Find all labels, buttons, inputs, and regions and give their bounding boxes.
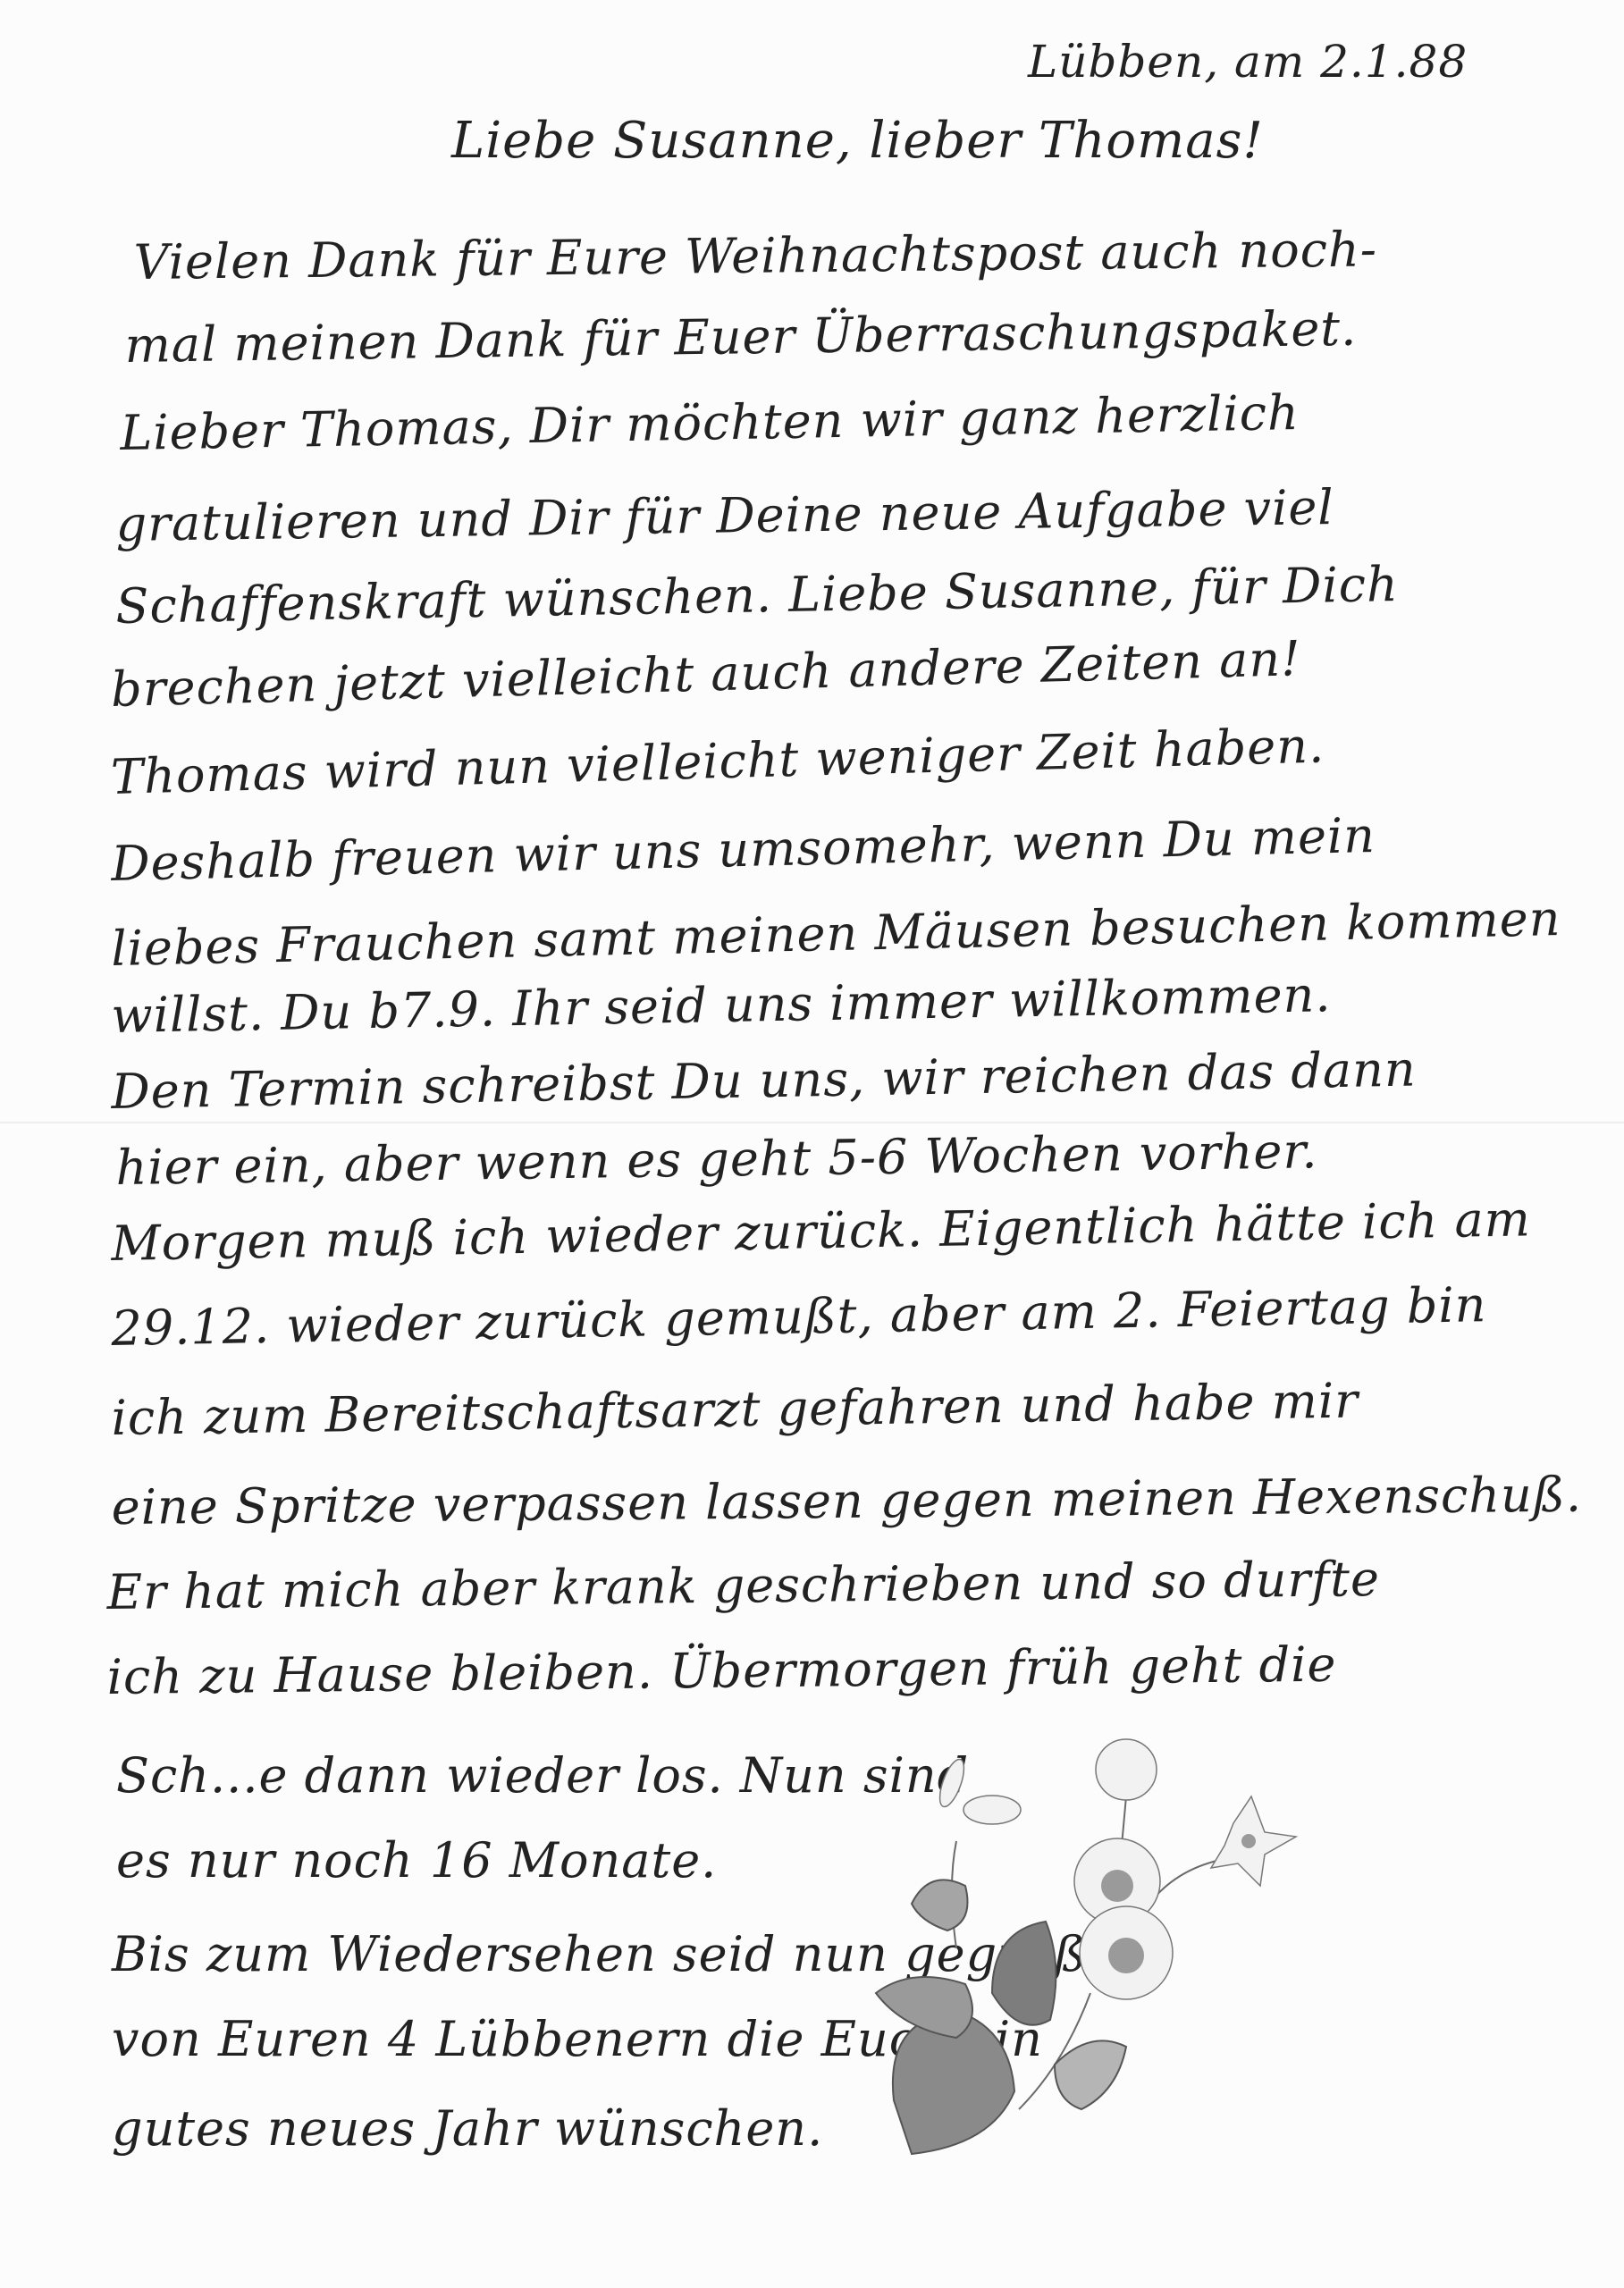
letter-line: Morgen muß ich wieder zurück. Eigentlich… (111, 1190, 1531, 1272)
letter-line: ich zu Hause bleiben. Übermorgen früh ge… (106, 1636, 1336, 1705)
strawberry-plant-illustration (858, 1725, 1394, 2190)
letter-line: liebes Frauchen samt meinen Mäusen besuc… (111, 890, 1561, 977)
letter-page: Lübben, am 2.1.88 Liebe Susanne, lieber … (0, 0, 1624, 2288)
letter-line: hier ein, aber wenn es geht 5-6 Wochen v… (115, 1123, 1318, 1196)
letter-line: Sch...e dann wieder los. Nun sind (116, 1747, 969, 1804)
letter-line: Lieber Thomas, Dir möchten wir ganz herz… (120, 384, 1300, 461)
letter-line: mal meinen Dank für Euer Überraschungspa… (124, 300, 1357, 374)
letter-line: Vielen Dank für Eure Weihnachtspost auch… (133, 221, 1377, 290)
letter-line: Thomas wird nun vielleicht weniger Zeit … (110, 717, 1325, 805)
letter-line: 29.12. wieder zurück gemußt, aber am 2. … (111, 1276, 1487, 1357)
salutation: Liebe Susanne, lieber Thomas! (451, 112, 1264, 170)
letter-line: es nur noch 16 Monate. (116, 1832, 717, 1888)
letter-line: willst. Du b7.9. Ihr seid uns immer will… (111, 966, 1332, 1044)
paper-fold-line (0, 1122, 1624, 1123)
letter-line: eine Spritze verpassen lassen gegen mein… (111, 1467, 1582, 1535)
letter-line: ich zum Bereitschaftsarzt gefahren und h… (111, 1373, 1359, 1446)
letter-line: Er hat mich aber krank geschrieben und s… (106, 1551, 1380, 1620)
place-date: Lübben, am 2.1.88 (1028, 36, 1468, 88)
letter-line: Deshalb freuen wir uns umsomehr, wenn Du… (111, 807, 1376, 892)
letter-line: brechen jetzt vielleicht auch andere Zei… (110, 630, 1301, 718)
letter-line: Den Termin schreibst Du uns, wir reichen… (111, 1041, 1417, 1120)
letter-line: Schaffenskraft wünschen. Liebe Susanne, … (115, 556, 1399, 635)
letter-line: gutes neues Jahr wünschen. (112, 2100, 823, 2157)
letter-line: gratulieren und Dir für Deine neue Aufga… (115, 479, 1334, 552)
